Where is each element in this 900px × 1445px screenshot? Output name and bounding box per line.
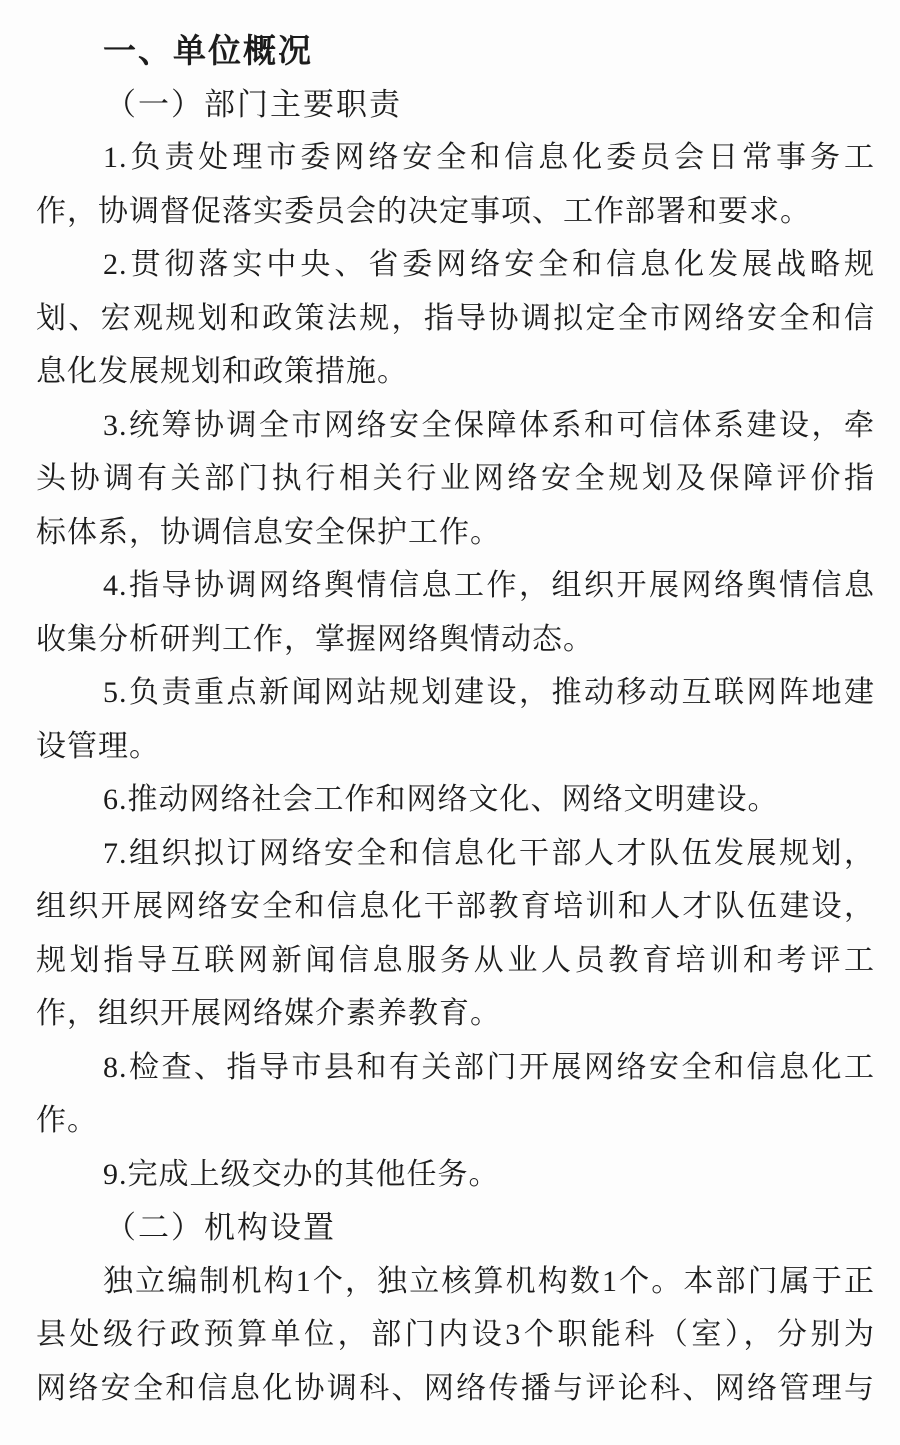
doc-line-item2-1: 2.贯彻落实中央、省委网络安全和信息化发展战略规 [36, 238, 875, 292]
doc-line-item3-3: 标体系，协调信息安全保护工作。 [36, 506, 875, 560]
subsection-heading-2: （二）机构设置 [36, 1201, 875, 1255]
doc-line-item4-1: 4.指导协调网络舆情信息工作，组织开展网络舆情信息 [36, 559, 875, 613]
doc-line-item1-1: 1.负责处理市委网络安全和信息化委员会日常事务工 [36, 131, 875, 185]
doc-line-item7-2: 组织开展网络安全和信息化干部教育培训和人才队伍建设， [36, 880, 875, 934]
text-column: 一、单位概况 （一）部门主要职责 1.负责处理市委网络安全和信息化委员会日常事务… [36, 24, 875, 1415]
doc-line-item5-2: 设管理。 [36, 720, 875, 774]
doc-line-item6: 6.推动网络社会工作和网络文化、网络文明建设。 [36, 773, 875, 827]
document-page: 一、单位概况 （一）部门主要职责 1.负责处理市委网络安全和信息化委员会日常事务… [0, 0, 900, 1445]
doc-line-item9: 9.完成上级交办的其他任务。 [36, 1148, 875, 1202]
doc-line-item8-2: 作。 [36, 1094, 875, 1148]
doc-line-item7-3: 规划指导互联网新闻信息服务从业人员教育培训和考评工 [36, 934, 875, 988]
doc-line-item5-1: 5.负责重点新闻网站规划建设，推动移动互联网阵地建 [36, 666, 875, 720]
doc-line-orgsetup-3: 网络安全和信息化协调科、网络传播与评论科、网络管理与 [36, 1362, 875, 1416]
doc-line-item1-2: 作，协调督促落实委员会的决定事项、工作部署和要求。 [36, 185, 875, 239]
subsection-heading-1: （一）部门主要职责 [36, 78, 875, 132]
doc-line-item2-2: 划、宏观规划和政策法规，指导协调拟定全市网络安全和信 [36, 292, 875, 346]
doc-line-item3-2: 头协调有关部门执行相关行业网络安全规划及保障评价指 [36, 452, 875, 506]
doc-line-item7-1: 7.组织拟订网络安全和信息化干部人才队伍发展规划， [36, 827, 875, 881]
doc-line-item8-1: 8.检查、指导市县和有关部门开展网络安全和信息化工 [36, 1041, 875, 1095]
doc-line-item4-2: 收集分析研判工作，掌握网络舆情动态。 [36, 613, 875, 667]
doc-line-item2-3: 息化发展规划和政策措施。 [36, 345, 875, 399]
doc-line-item7-4: 作，组织开展网络媒介素养教育。 [36, 987, 875, 1041]
doc-line-orgsetup-1: 独立编制机构1个，独立核算机构数1个。本部门属于正 [36, 1255, 875, 1309]
section-heading: 一、单位概况 [36, 24, 875, 78]
doc-line-orgsetup-2: 县处级行政预算单位，部门内设3个职能科（室），分别为 [36, 1308, 875, 1362]
doc-line-item3-1: 3.统筹协调全市网络安全保障体系和可信体系建设，牵 [36, 399, 875, 453]
